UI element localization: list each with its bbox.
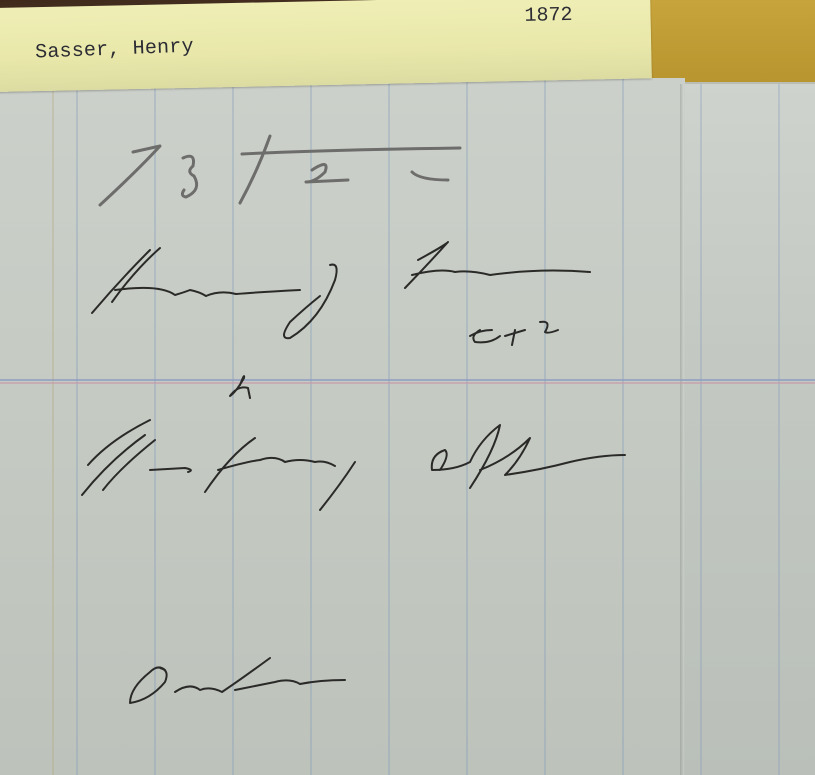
defendant-handwriting (82, 420, 625, 510)
plaintiff-handwriting (92, 242, 590, 345)
footer-handwriting (130, 658, 345, 703)
docket-number-pencil (100, 136, 460, 205)
handwriting-layer (0, 0, 815, 775)
versus-handwriting (230, 376, 250, 398)
